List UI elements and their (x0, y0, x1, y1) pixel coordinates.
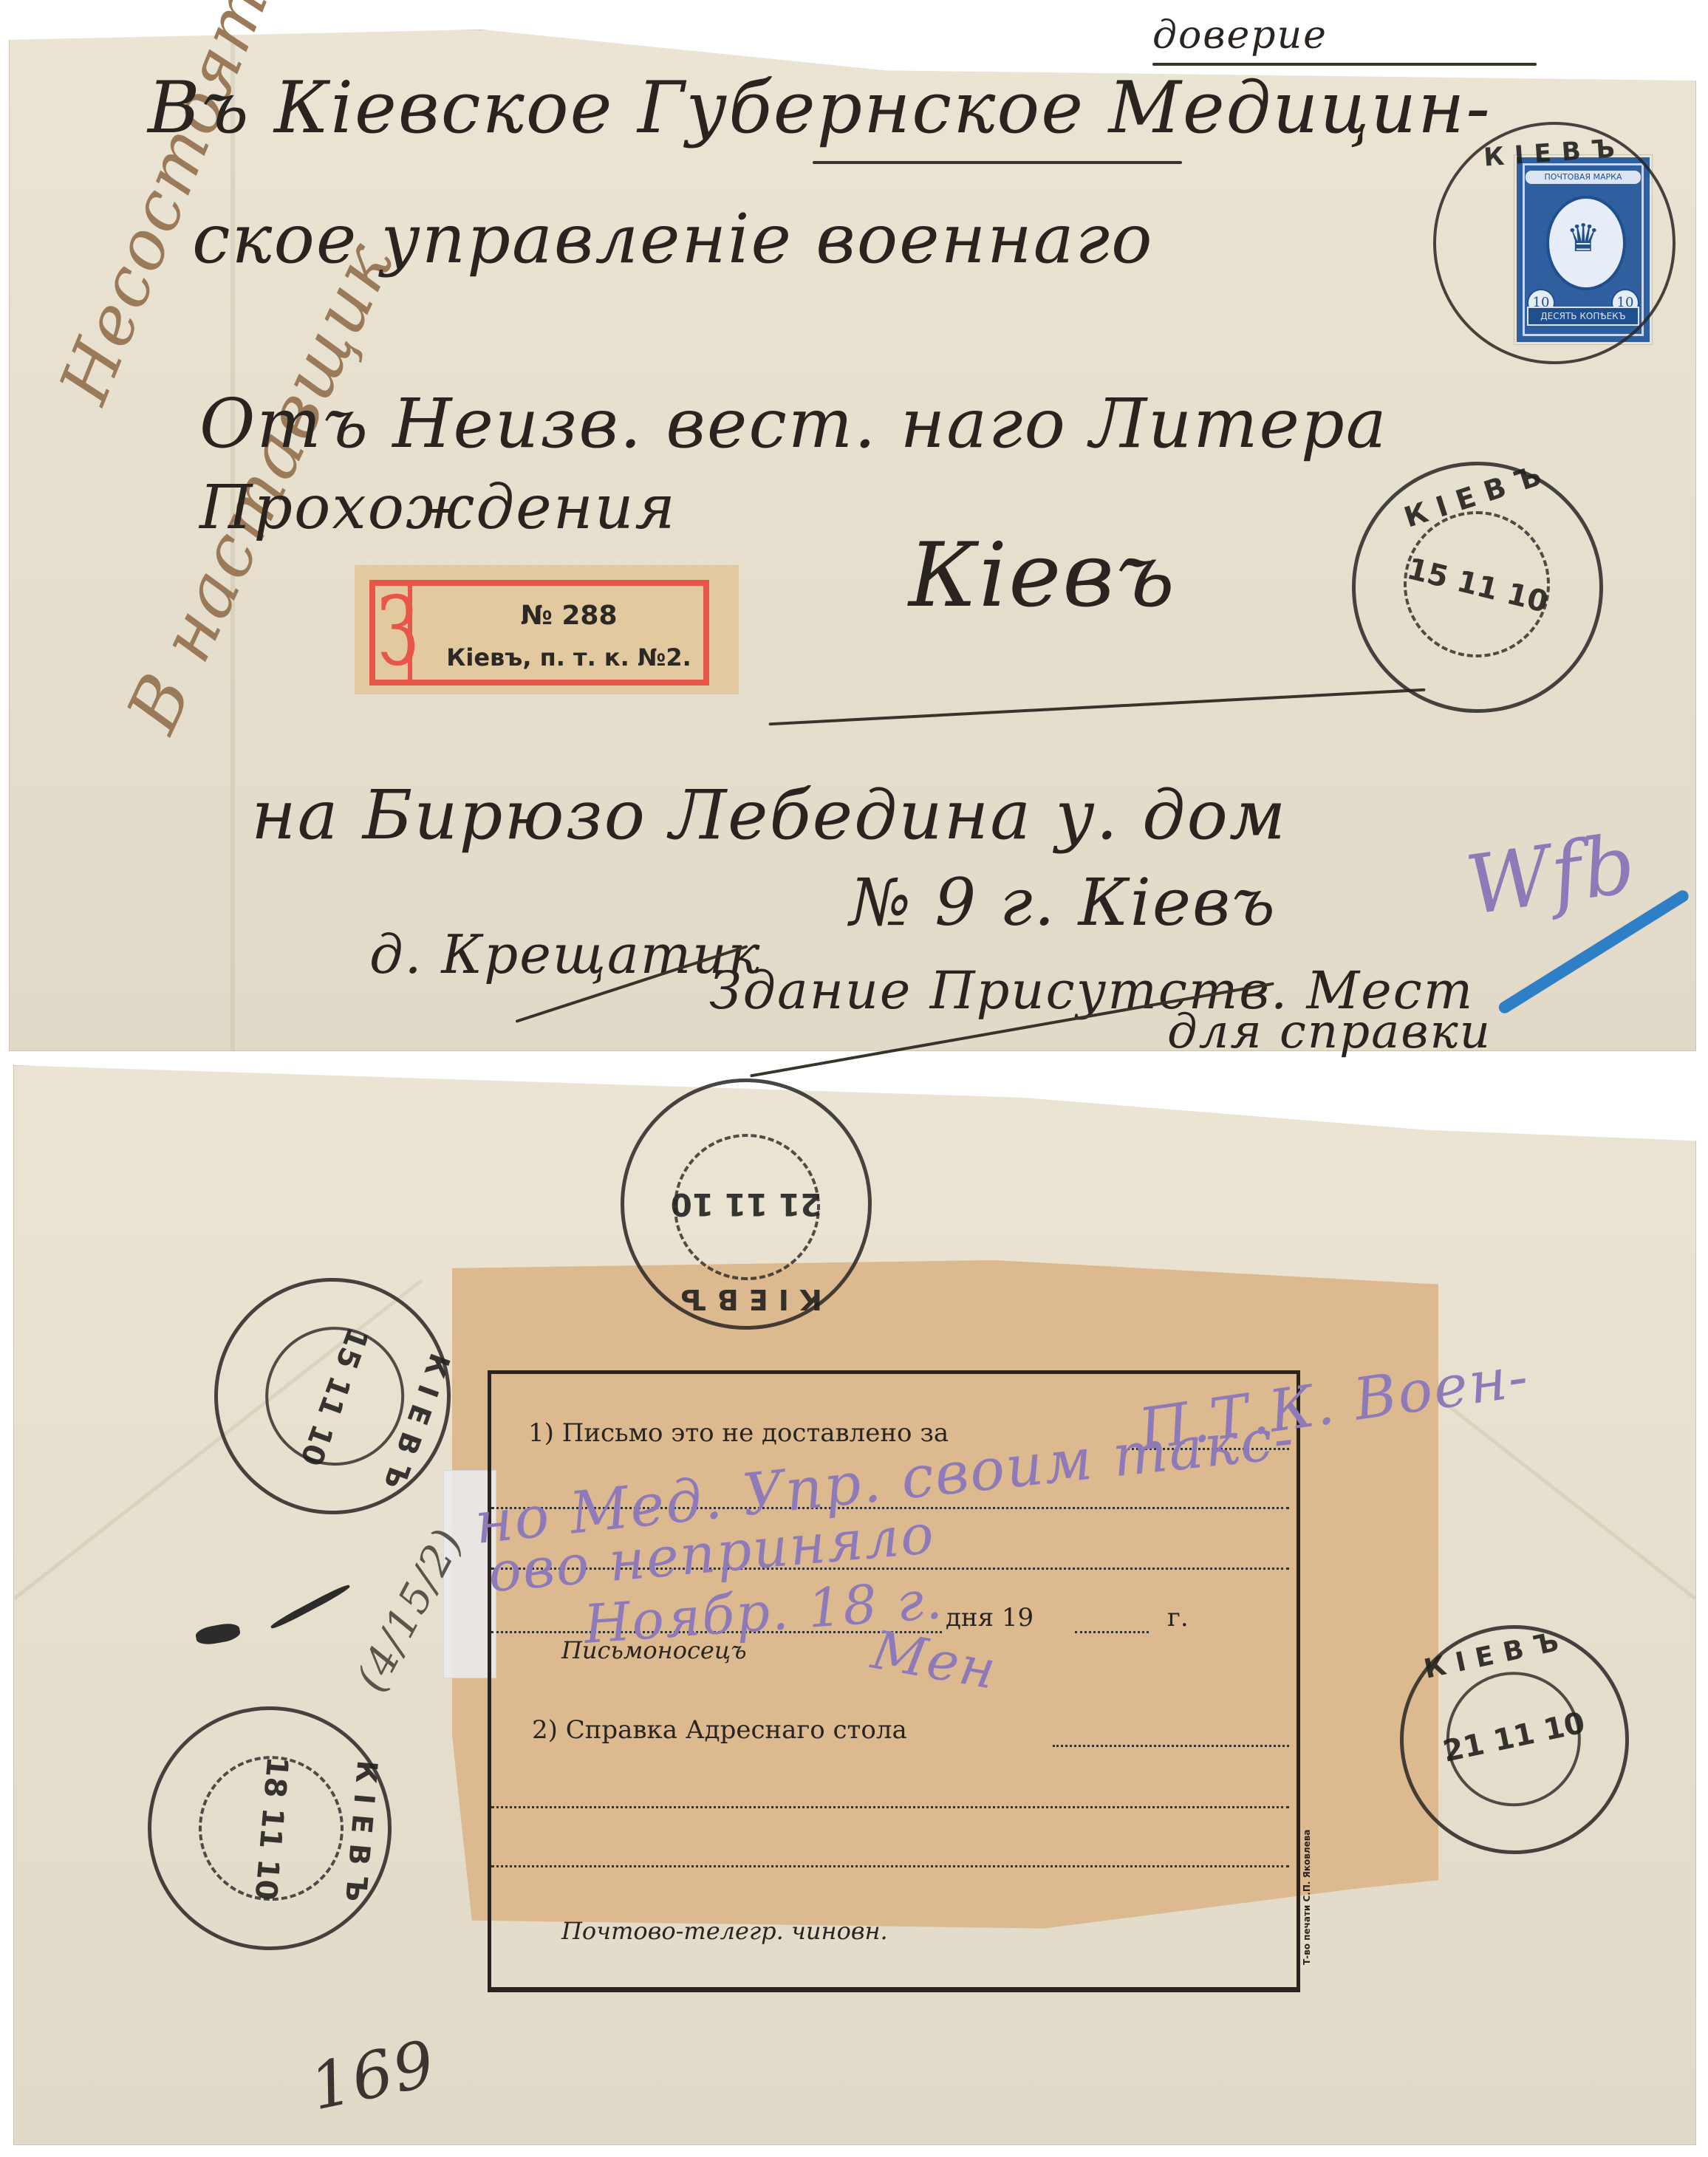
front-postmark: КІЕВЪ 15 11 10 (1352, 462, 1603, 713)
address-line: Прохождения (199, 473, 677, 543)
address-line: № 9 г. Кіевъ (850, 864, 1277, 940)
underline (1152, 63, 1537, 66)
printer-imprint: Т-во печати С.П. Яковлева (1302, 1830, 1312, 1965)
top-edge-note: доверие (1152, 13, 1328, 58)
registration-letter: З (378, 578, 408, 686)
dotted-line (1053, 1745, 1289, 1747)
address-line: Отъ Неизв. вест. наго Литера (199, 384, 1388, 463)
postmark-date: 21 11 10 (624, 1186, 868, 1223)
address-line: ское управленіе военнаго (192, 199, 1154, 278)
registration-label: З № 288 Кіевъ, п. т. к. №2. (355, 565, 739, 694)
underline (813, 161, 1182, 164)
dotted-line (491, 1806, 1289, 1808)
postmark-city: КІЕВЪ (624, 1283, 868, 1316)
stamp-cancel-postmark: КІЕВЪ (1433, 122, 1675, 364)
address-line: д. Крещатик (369, 923, 761, 985)
registration-office: Кіевъ, п. т. к. №2. (428, 643, 709, 671)
address-line: для справки (1167, 1005, 1492, 1059)
form-year-suffix: г. (1167, 1603, 1189, 1633)
address-line: на Бирюзо Лебедина у. дом (251, 776, 1287, 855)
form-date-label: дня 19 (946, 1603, 1034, 1633)
address-line-city: Кіевъ (909, 524, 1176, 627)
form-official-label: Почтово-телегр. чиновн. (561, 1917, 888, 1945)
registration-number: № 288 (443, 601, 694, 631)
back-postmark-top: КІЕВЪ 21 11 10 (621, 1078, 872, 1330)
dotted-line (491, 1865, 1289, 1867)
perforation (355, 559, 739, 568)
form-address-bureau-label: 2) Справка Адреснаго стола (532, 1715, 907, 1745)
dotted-line (1075, 1631, 1149, 1633)
address-line: Въ Кіевское Губернское Медицин- (148, 66, 1492, 149)
form-line-not-delivered: 1) Письмо это не доставлено за (528, 1418, 949, 1448)
